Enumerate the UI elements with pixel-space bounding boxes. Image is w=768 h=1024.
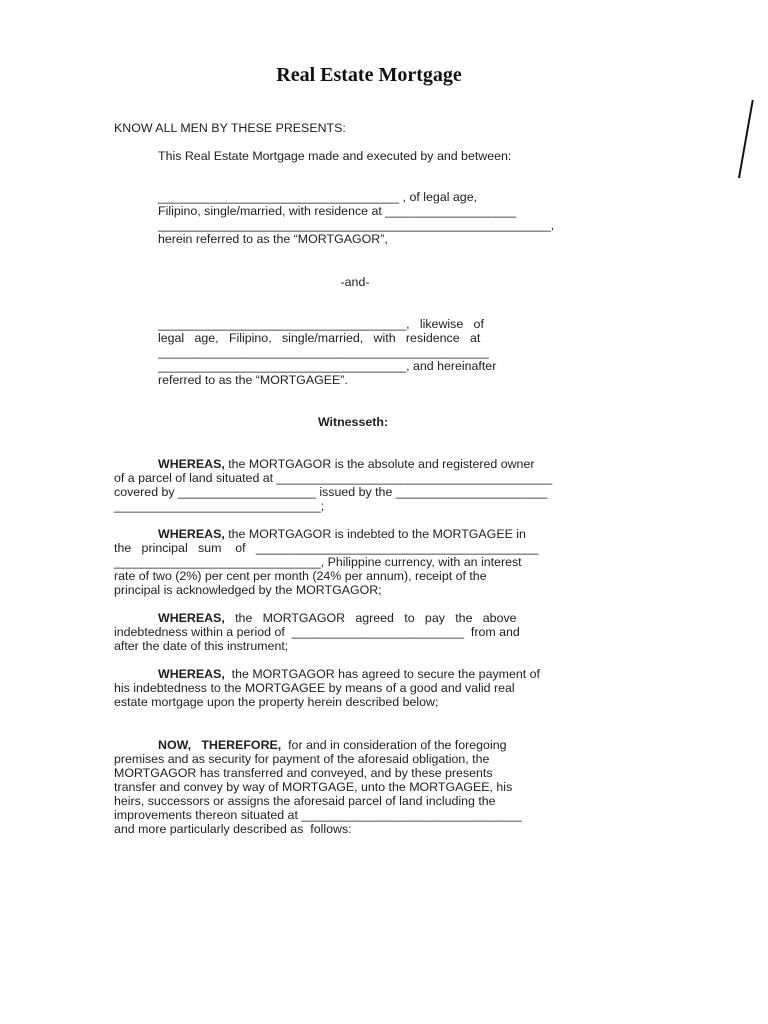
witnesseth-heading: Witnesseth: (0, 415, 706, 429)
whereas-clause-2: WHEREAS, the MORTGAGOR is indebted to th… (114, 527, 622, 597)
mortgagor-line: herein referred to as the “MORTGAGOR”, (158, 232, 598, 246)
mortgagee-block: ____________________________________, li… (158, 317, 556, 387)
mortgagor-line: ___________________________________ , of… (158, 190, 598, 204)
mortgagor-line: ________________________________________… (158, 218, 598, 232)
intro-line: This Real Estate Mortgage made and execu… (158, 149, 666, 163)
mortgagor-block: ___________________________________ , of… (158, 190, 598, 246)
clause-lead: WHEREAS, (158, 667, 225, 681)
document-page: Real Estate Mortgage KNOW ALL MEN BY THE… (0, 0, 768, 1024)
clause-lead: NOW, THEREFORE, (158, 738, 281, 752)
clause-lead: WHEREAS, (158, 611, 225, 625)
mortgagor-line: Filipino, single/married, with residence… (158, 204, 598, 218)
mortgagee-line: referred to as the “MORTGAGEE”. (158, 373, 556, 387)
mortgagee-line: ____________________________________, an… (158, 359, 556, 373)
now-therefore-clause: NOW, THEREFORE, for and in consideration… (114, 738, 622, 836)
whereas-clause-3: WHEREAS, the MORTGAGOR agreed to pay the… (114, 611, 622, 653)
margin-pen-mark (738, 100, 754, 178)
mortgagee-line: legal age, Filipino, single/married, wit… (158, 331, 556, 345)
clause-lead: WHEREAS, (158, 457, 225, 471)
document-title: Real Estate Mortgage (0, 64, 738, 87)
whereas-clause-1: WHEREAS, the MORTGAGOR is the absolute a… (114, 457, 622, 513)
clause-lead: WHEREAS, (158, 527, 225, 541)
preamble: KNOW ALL MEN BY THESE PRESENTS: (114, 121, 622, 135)
and-separator: -and- (0, 275, 710, 289)
mortgagee-line: ____________________________________, li… (158, 317, 556, 331)
mortgagee-line: ________________________________________… (158, 345, 556, 359)
whereas-clause-4: WHEREAS, the MORTGAGOR has agreed to sec… (114, 667, 622, 709)
